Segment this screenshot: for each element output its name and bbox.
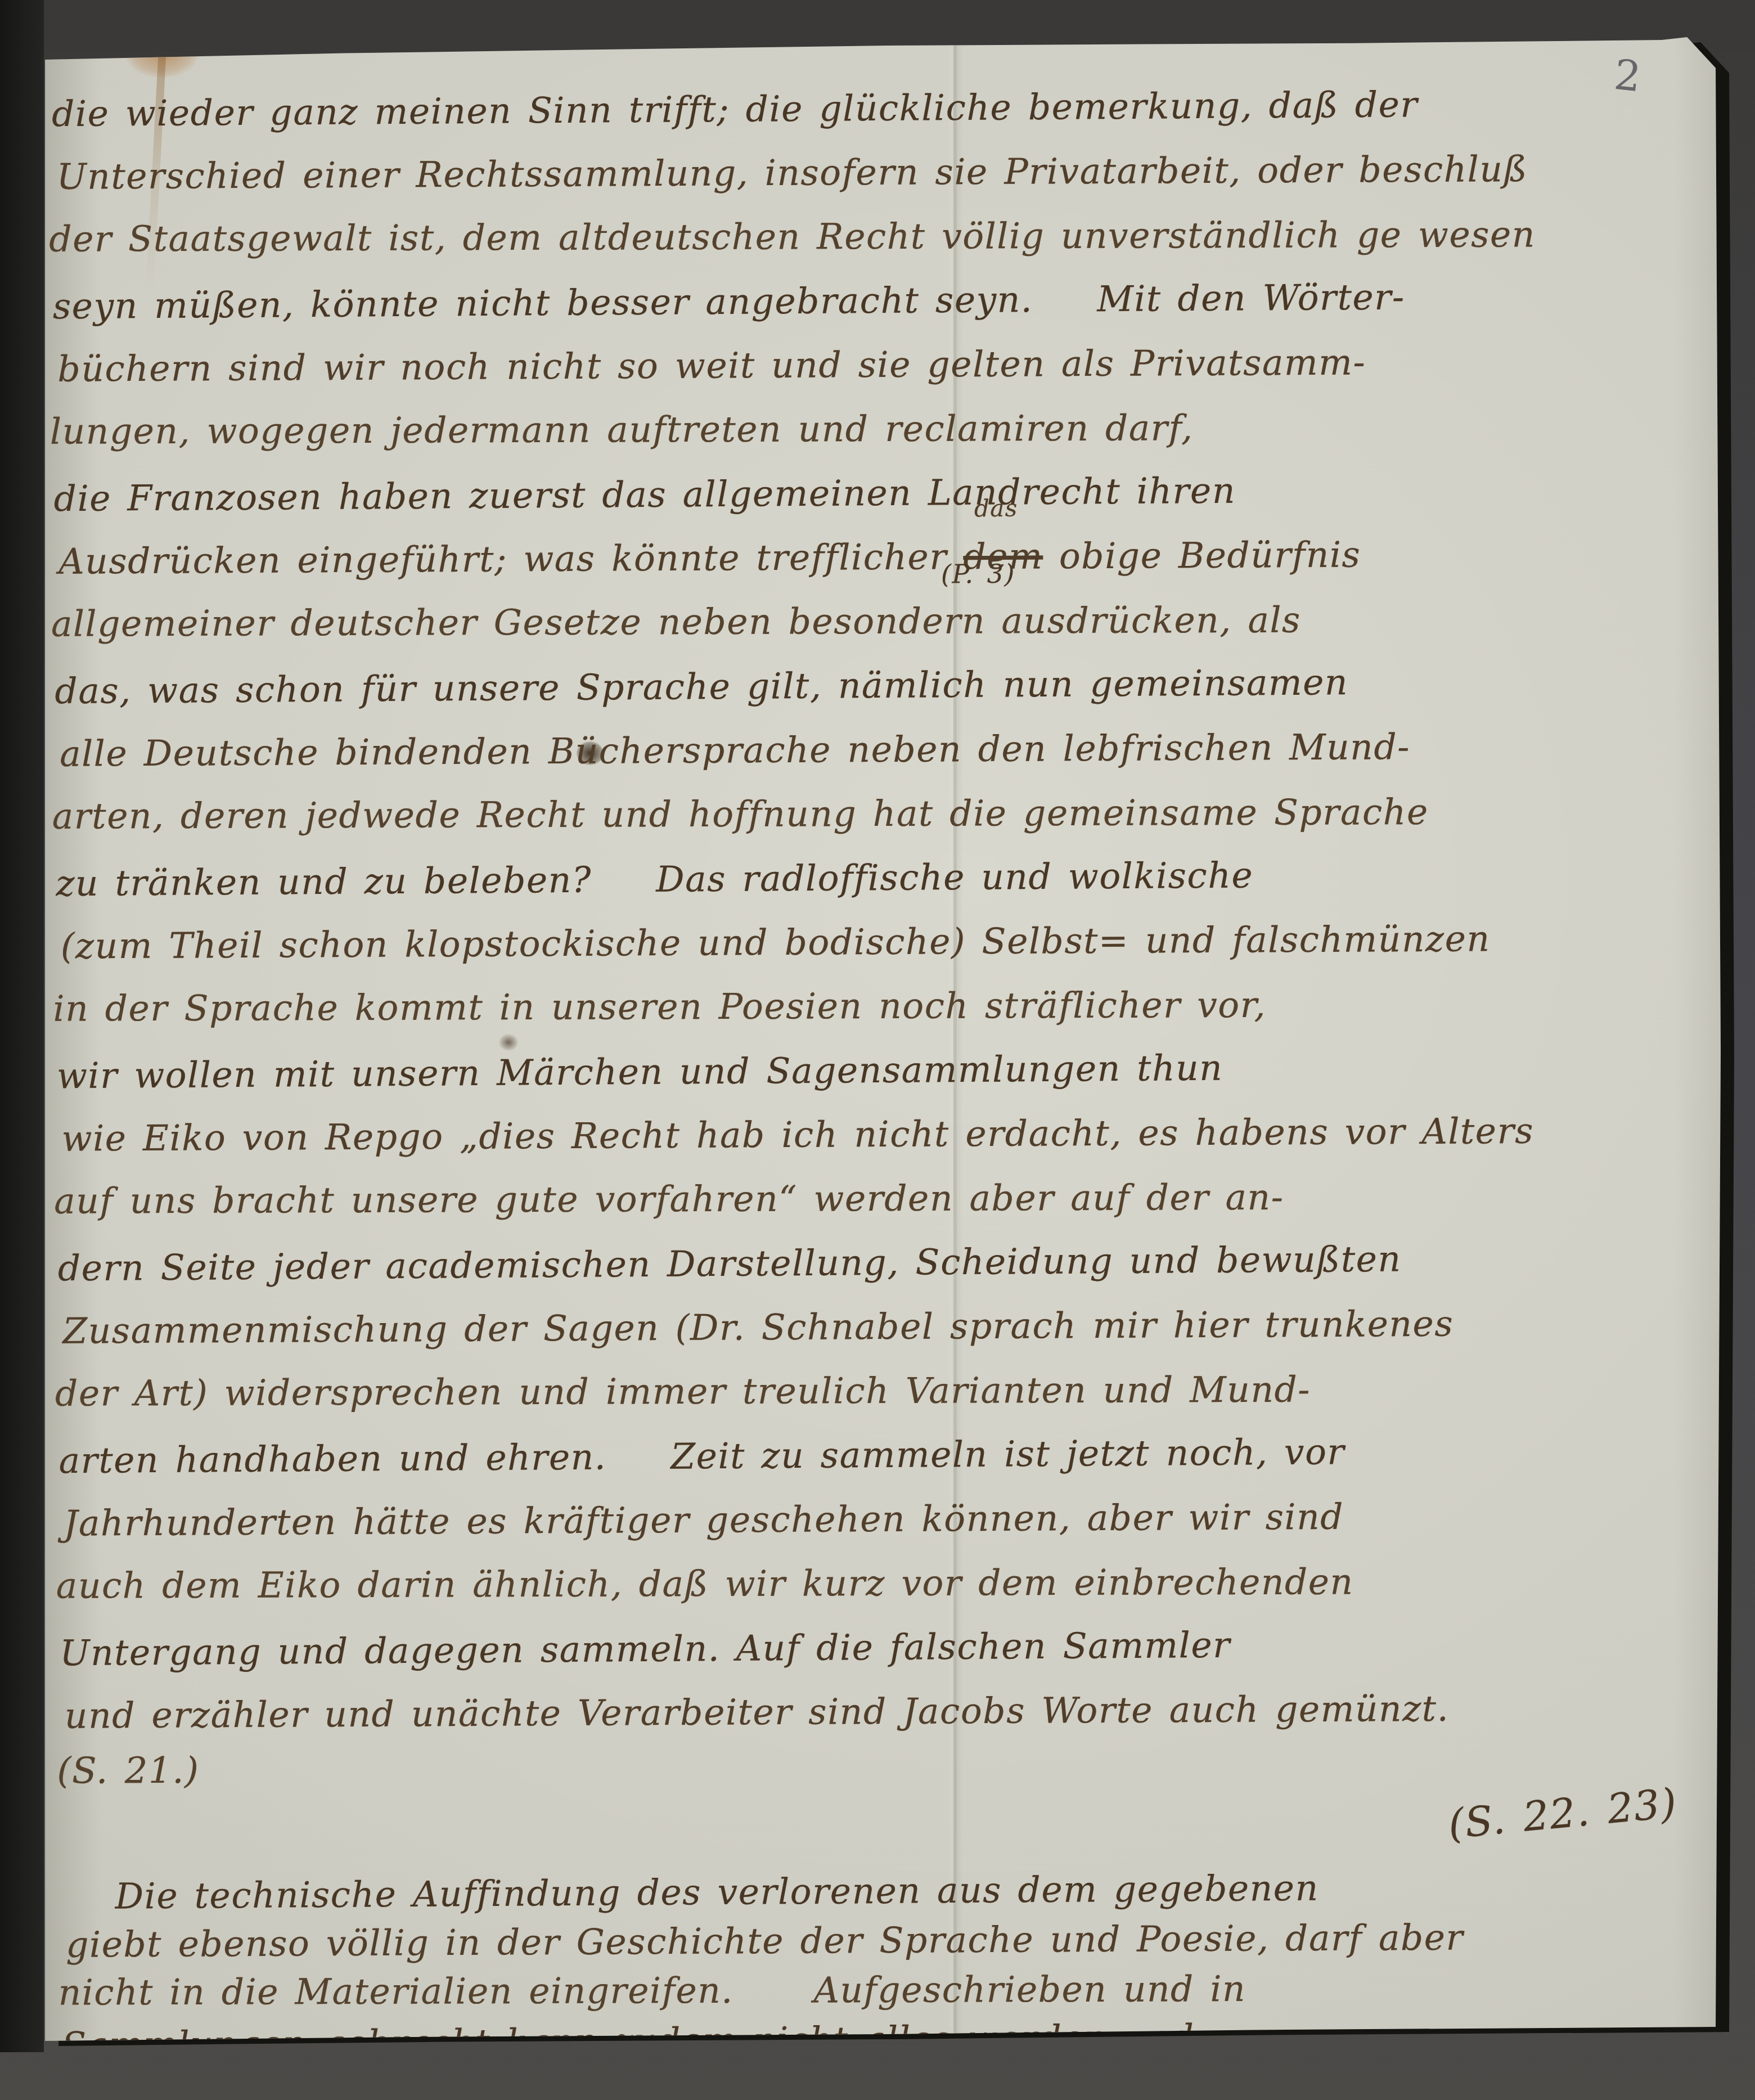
manuscript-line: nicht in die Materialien eingreifen. Auf… bbox=[58, 1963, 1717, 2017]
manuscript-line: in der Sprache kommt in unseren Poesien … bbox=[53, 972, 1712, 1041]
manuscript-line: seyn müßen, könnte nicht besser angebrac… bbox=[52, 263, 1709, 339]
manuscript-line: der Staatsgewalt ist, dem altdeutschen R… bbox=[49, 202, 1708, 271]
manuscript-line: dern Seite jeder academischen Darstellun… bbox=[57, 1225, 1714, 1301]
manuscript-line: Jahrhunderten hätte es kräftiger gescheh… bbox=[64, 1483, 1716, 1555]
line-text: Ausdrücken eingeführt; was könnte treffl… bbox=[58, 536, 964, 582]
manuscript-line: Unterschied einer Rechtssammlung, insofe… bbox=[56, 136, 1708, 209]
manuscript-line: alle Deutsche bindenden Büchersprache ne… bbox=[60, 713, 1712, 786]
page-reference-s21: (S. 21.) bbox=[57, 1741, 1716, 1796]
manuscript-line: die wieder ganz meinen Sinn trifft; die … bbox=[52, 71, 1708, 147]
manuscript-line: lungen, wogegen jedermann auftreten und … bbox=[50, 394, 1709, 464]
manuscript-line: allgemeiner deutscher Gesetze neben beso… bbox=[51, 587, 1711, 656]
page-reference-inline: (P. 3) bbox=[941, 561, 1015, 587]
manuscript-line: Untergang und dagegen sammeln. Auf die f… bbox=[60, 1610, 1716, 1686]
manuscript-line: die Franzosen haben zuerst das allgemein… bbox=[53, 456, 1710, 532]
manuscript-line: Zusammenmischung der Sagen (Dr. Schnabel… bbox=[62, 1290, 1714, 1363]
manuscript-line: büchern sind wir noch nicht so weit und … bbox=[57, 329, 1709, 401]
manuscript-line: auch dem Eiko darin ähnlich, daß wir kur… bbox=[56, 1549, 1716, 1618]
manuscript-line: das, was schon für unsere Sprache gilt, … bbox=[55, 648, 1711, 724]
handwritten-text: die wieder ganz meinen Sinn trifft; die … bbox=[48, 72, 1718, 2068]
manuscript-page: 2 die wieder ganz meinen Sinn trifft; di… bbox=[42, 37, 1724, 2041]
line-text: obige Bedürfnis bbox=[1043, 534, 1361, 577]
manuscript-line: arten, deren jedwede Recht und hoffnung … bbox=[52, 779, 1711, 848]
manuscript-line: giebt ebenso völlig in der Geschichte de… bbox=[66, 1912, 1717, 1969]
manuscript-scan: 2 die wieder ganz meinen Sinn trifft; di… bbox=[0, 0, 1755, 2100]
correction: demdas(P. 3) bbox=[963, 524, 1043, 589]
manuscript-line: (zum Theil schon klopstockische und bodi… bbox=[61, 906, 1713, 978]
manuscript-line: und erzähler und unächte Verarbeiter sin… bbox=[65, 1675, 1717, 1748]
binding-edge bbox=[0, 0, 44, 2052]
page-reference-s22-23: (S. 22. 23) bbox=[61, 1788, 1717, 1849]
manuscript-line-with-correction: Ausdrücken eingeführt; was könnte treffl… bbox=[58, 521, 1711, 593]
manuscript-line: der Art) widersprechen und immer treulic… bbox=[55, 1356, 1714, 1426]
manuscript-line: wie Eiko von Repgo „dies Recht hab ich n… bbox=[61, 1098, 1713, 1171]
manuscript-line: wir wollen mit unsern Märchen und Sagens… bbox=[57, 1033, 1713, 1109]
manuscript-line: auf uns bracht unsere gute vorfahren“ we… bbox=[54, 1164, 1713, 1233]
interlinear-insertion: das bbox=[974, 497, 1018, 520]
manuscript-line: arten handhaben und ehren. Zeit zu samme… bbox=[58, 1418, 1715, 1494]
manuscript-line: zu tränken und zu beleben? Das radloffis… bbox=[56, 840, 1712, 916]
